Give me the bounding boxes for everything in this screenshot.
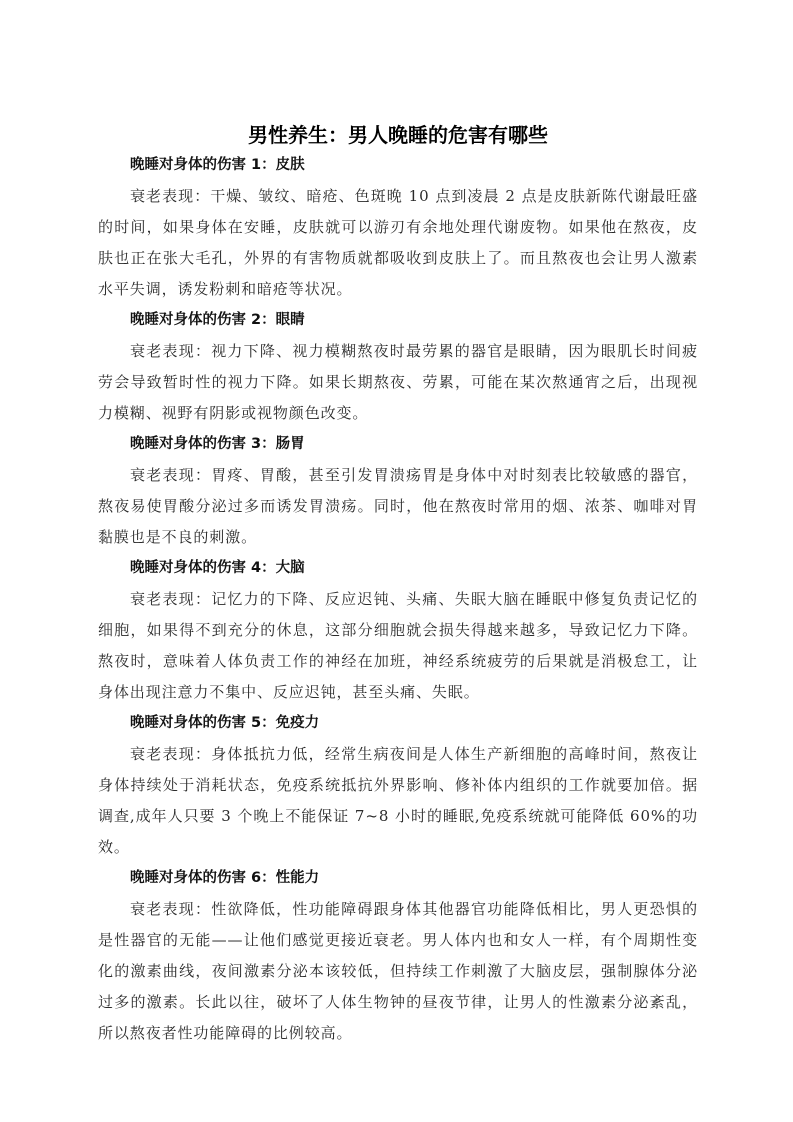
section-body: 衰老表现：胃疼、胃酸，甚至引发胃溃疡胃是身体中对时刻表比较敏感的器官，熬夜易使胃… [98, 460, 698, 553]
document-title: 男性养生：男人晚睡的危害有哪些 [98, 120, 698, 150]
document-page: 男性养生：男人晚睡的危害有哪些 晚睡对身体的伤害 1：皮肤 衰老表现：干燥、皱纹… [98, 120, 698, 1049]
section-brain: 晚睡对身体的伤害 4：大脑 衰老表现：记忆力的下降、反应迟钝、头痛、失眠大脑在睡… [98, 553, 698, 708]
section-heading: 晚睡对身体的伤害 4：大脑 [98, 553, 698, 584]
section-immunity: 晚睡对身体的伤害 5：免疫力 衰老表现：身体抵抗力低，经常生病夜间是人体生产新细… [98, 708, 698, 863]
section-heading: 晚睡对身体的伤害 5：免疫力 [98, 708, 698, 739]
section-heading: 晚睡对身体的伤害 1：皮肤 [98, 150, 698, 181]
section-body: 衰老表现：身体抵抗力低，经常生病夜间是人体生产新细胞的高峰时间，熬夜让身体持续处… [98, 739, 698, 863]
section-body: 衰老表现：干燥、皱纹、暗疮、色斑晚 10 点到凌晨 2 点是皮肤新陈代谢最旺盛的… [98, 181, 698, 305]
section-heading: 晚睡对身体的伤害 2：眼睛 [98, 305, 698, 336]
section-skin: 晚睡对身体的伤害 1：皮肤 衰老表现：干燥、皱纹、暗疮、色斑晚 10 点到凌晨 … [98, 150, 698, 305]
section-body: 衰老表现：记忆力的下降、反应迟钝、头痛、失眠大脑在睡眠中修复负责记忆的细胞，如果… [98, 584, 698, 708]
section-heading: 晚睡对身体的伤害 3：肠胃 [98, 429, 698, 460]
section-eyes: 晚睡对身体的伤害 2：眼睛 衰老表现：视力下降、视力模糊熬夜时最劳累的器官是眼睛… [98, 305, 698, 429]
section-body: 衰老表现：视力下降、视力模糊熬夜时最劳累的器官是眼睛，因为眼肌长时间疲劳会导致暂… [98, 336, 698, 429]
section-heading: 晚睡对身体的伤害 6：性能力 [98, 863, 698, 894]
section-sexual-function: 晚睡对身体的伤害 6：性能力 衰老表现：性欲降低，性功能障碍跟身体其他器官功能降… [98, 863, 698, 1049]
section-stomach: 晚睡对身体的伤害 3：肠胃 衰老表现：胃疼、胃酸，甚至引发胃溃疡胃是身体中对时刻… [98, 429, 698, 553]
section-body: 衰老表现：性欲降低，性功能障碍跟身体其他器官功能降低相比，男人更恐惧的是性器官的… [98, 894, 698, 1049]
